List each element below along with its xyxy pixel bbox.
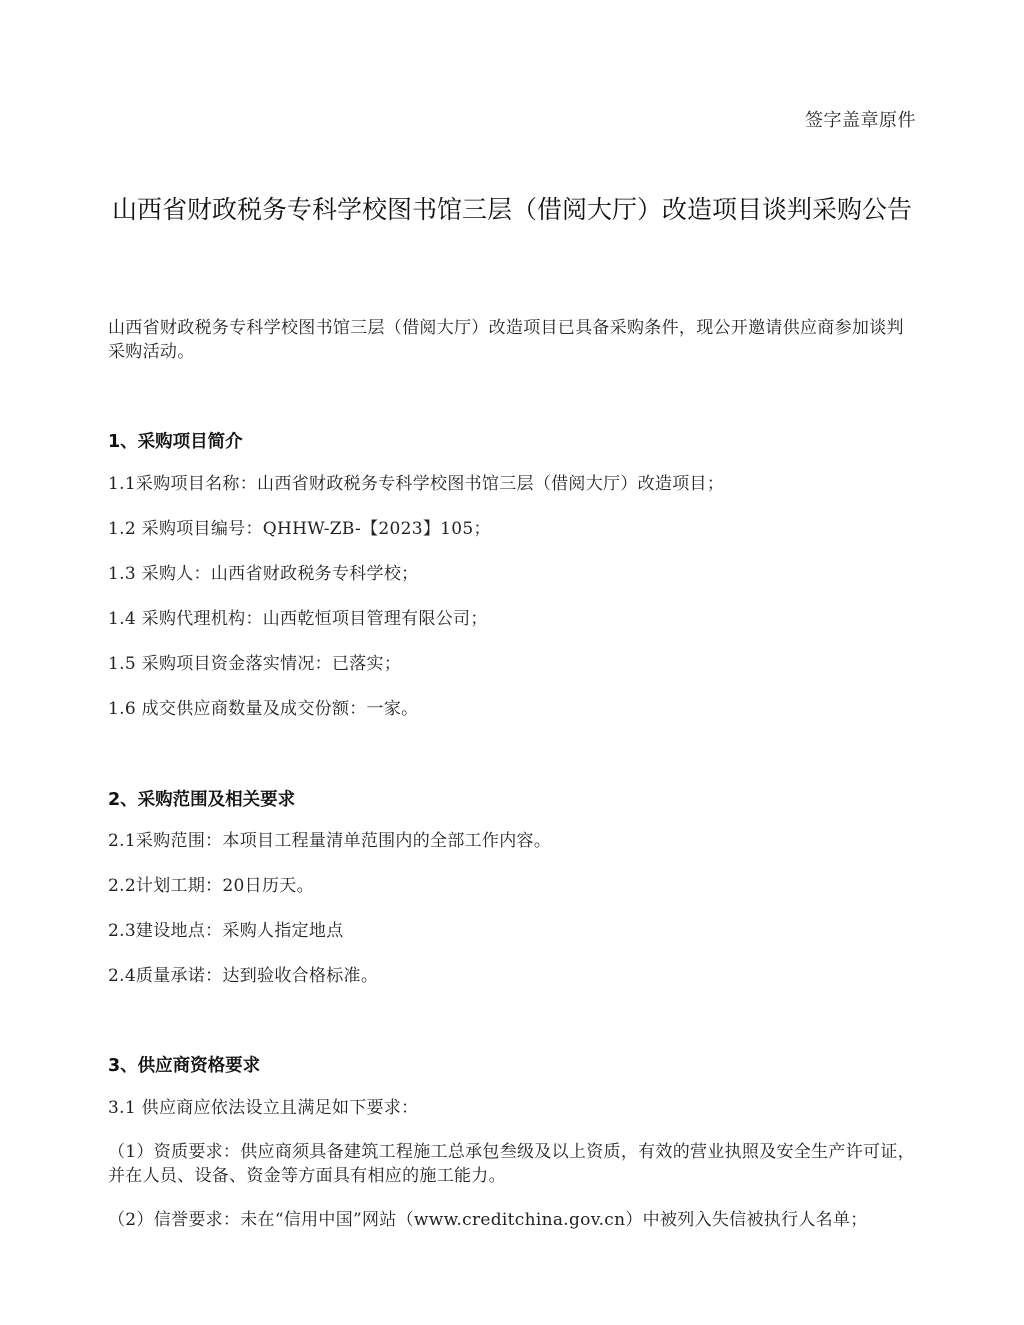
section-heading-2: 2、采购范围及相关要求 bbox=[108, 786, 295, 811]
list-item-1-6: 1.6 成交供应商数量及成交份额：一家。 bbox=[108, 697, 418, 721]
list-item-1-2: 1.2 采购项目编号：QHHW-ZB-【2023】105； bbox=[108, 517, 491, 541]
section-heading-3: 3、供应商资格要求 bbox=[108, 1052, 260, 1077]
page-title: 山西省财政税务专科学校图书馆三层（借阅大厅）改造项目谈判采购公告 bbox=[108, 193, 916, 227]
original-signature-note: 签字盖章原件 bbox=[805, 106, 916, 132]
list-item-1-1: 1.1采购项目名称：山西省财政税务专科学校图书馆三层（借阅大厅）改造项目； bbox=[108, 472, 724, 496]
list-item-2-4: 2.4质量承诺：达到验收合格标准。 bbox=[108, 964, 378, 988]
list-item-2-1: 2.1采购范围：本项目工程量清单范围内的全部工作内容。 bbox=[108, 829, 551, 853]
list-item-3-1: 3.1 供应商应依法设立且满足如下要求： bbox=[108, 1096, 418, 1120]
list-item-3-1-2: （2）信誉要求：未在“信用中国”网站（www.creditchina.gov.c… bbox=[108, 1208, 916, 1232]
list-item-2-3: 2.3建设地点：采购人指定地点 bbox=[108, 919, 344, 943]
section-heading-1: 1、采购项目简介 bbox=[108, 428, 243, 453]
list-item-3-1-1: （1）资质要求：供应商须具备建筑工程施工总承包叁级及以上资质，有效的营业执照及安… bbox=[108, 1140, 916, 1188]
list-item-1-3: 1.3 采购人：山西省财政税务专科学校； bbox=[108, 562, 418, 586]
intro-paragraph: 山西省财政税务专科学校图书馆三层（借阅大厅）改造项目已具备采购条件，现公开邀请供… bbox=[108, 316, 916, 364]
list-item-2-2: 2.2计划工期：20日历天。 bbox=[108, 874, 314, 898]
list-item-1-5: 1.5 采购项目资金落实情况：已落实； bbox=[108, 652, 401, 676]
list-item-1-4: 1.4 采购代理机构：山西乾恒项目管理有限公司； bbox=[108, 607, 488, 631]
